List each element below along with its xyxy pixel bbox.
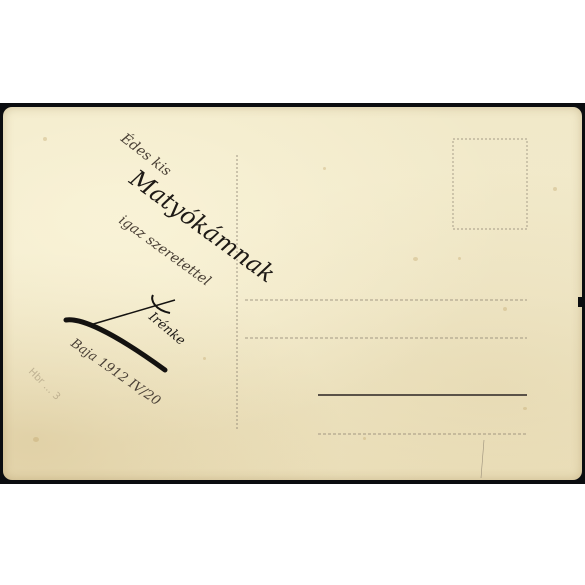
postcard-markings: Édes kis Matyókámnak igaz szeretettel Ir…: [0, 0, 585, 585]
stamp-box: [453, 139, 527, 229]
place-date: Baja 1912 IV/20: [67, 335, 163, 409]
signature: Irénke: [145, 309, 189, 349]
crease: [481, 440, 484, 478]
pencil-note: Hbr ... 3: [26, 366, 62, 402]
